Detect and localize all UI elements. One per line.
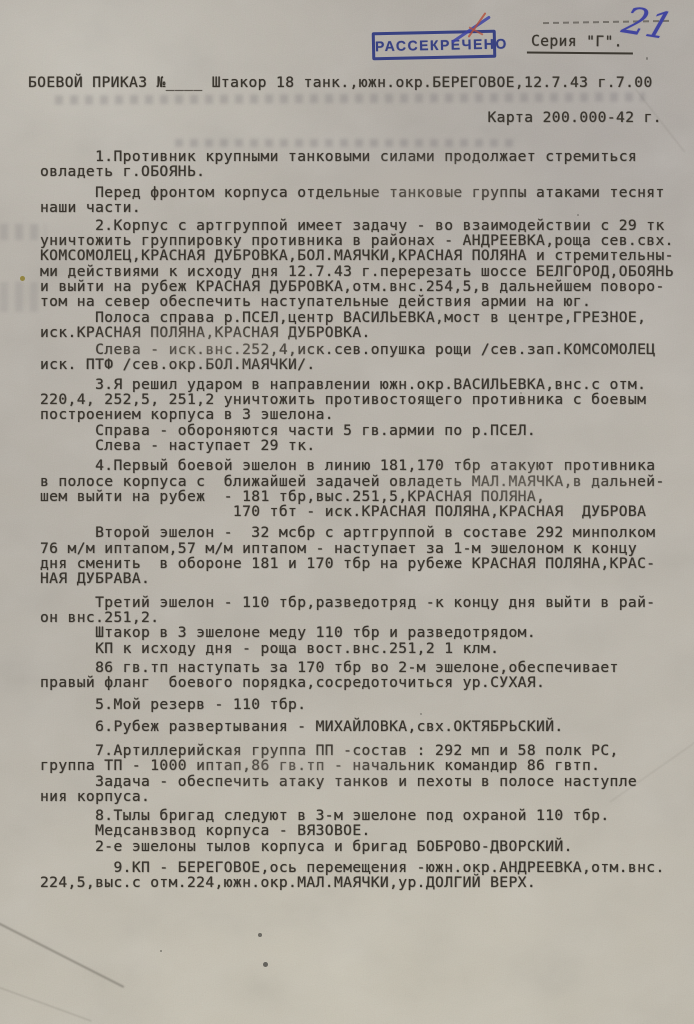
map-reference: Карта 200.000-42 г.: [0, 110, 694, 125]
paragraph-9-command-post-axis: 9.КП - БЕРЕГОВОЕ,ось перемещения -южн.ок…: [40, 860, 694, 891]
paragraph-5-reserve: 5.Мой резерв - 110 тбр.: [40, 697, 694, 712]
paragraph-3-left-neighbor: Слева - наступает 29 тк.: [40, 438, 694, 453]
paragraph-6-deployment-line: 6.Рубеж развертывания - МИХАЙЛОВКА,свх.О…: [40, 719, 694, 734]
paper-speck: [646, 57, 648, 60]
paragraph-2-right-boundary: Полоса справа р.ПСЕЛ,центр ВАСИЛЬЕВКА,мо…: [40, 310, 694, 341]
paper-crease: [0, 918, 124, 988]
paragraph-1-continued: Перед фронтом корпуса отдельные танковые…: [40, 185, 694, 216]
order-header: БОЕВОЙ ПРИКАЗ №____ Штакор 18 танк.,южн.…: [28, 75, 694, 90]
order-body: 1.Противник крупными танковыми силами пр…: [40, 149, 694, 891]
paragraph-7-artillery-task: Задача - обеспечить атаку танков и пехот…: [40, 774, 694, 805]
paragraph-2-left-boundary: Слева - иск.внс.252,4,иск.сев.опушка рощ…: [40, 342, 694, 373]
paragraph-4-second-echelon: Второй эшелон - 32 мсбр с артгруппой в с…: [40, 525, 694, 586]
document-page: РАССЕКРЕЧЕНО Серия "Г". 21 БОЕВОЙ ПРИКАЗ…: [0, 0, 694, 1024]
paper-crease: [0, 980, 92, 1022]
paper-speck: [263, 962, 268, 967]
declassified-stamp: РАССЕКРЕЧЕНО: [372, 30, 497, 61]
series-label: Серия "Г".: [527, 33, 633, 54]
paper-speck: [160, 950, 162, 952]
paragraph-4-first-echelon: 4.Первый боевой эшелон в линию 181,170 т…: [40, 458, 694, 519]
margin-ink-dot: [20, 276, 25, 281]
paragraph-1-enemy: 1.Противник крупными танковыми силами пр…: [40, 149, 694, 180]
paragraph-3-decision: 3.Я решил ударом в направлении южн.окр.В…: [40, 377, 694, 423]
paragraph-4-hq-position: Штакор в 3 эшелоне меду 110 тбр и развед…: [40, 625, 694, 640]
paragraph-8-rear-services: 8.Тылы бригад следуют в 3-м эшелоне под …: [40, 808, 694, 854]
paragraph-2-mission: 2.Корпус с артгруппой имеет задачу - во …: [40, 218, 694, 310]
handwritten-page-number: 21: [617, 0, 678, 48]
paper-speck: [258, 933, 262, 937]
paragraph-3-right-neighbor: Справа - обороняются части 5 гв.армии по…: [40, 423, 694, 438]
paragraph-4-guards-regiment: 86 гв.тп наступать за 170 тбр во 2-м эше…: [40, 660, 694, 691]
paragraph-7-artillery-group: 7.Артиллерийская группа ПП -состав : 292…: [40, 743, 694, 774]
paragraph-4-third-echelon: Третий эшелон - 110 тбр,разведотряд -к к…: [40, 595, 694, 626]
paragraph-4-command-post: КП к исходу дня - роща вост.внс.251,2 1 …: [40, 641, 694, 656]
